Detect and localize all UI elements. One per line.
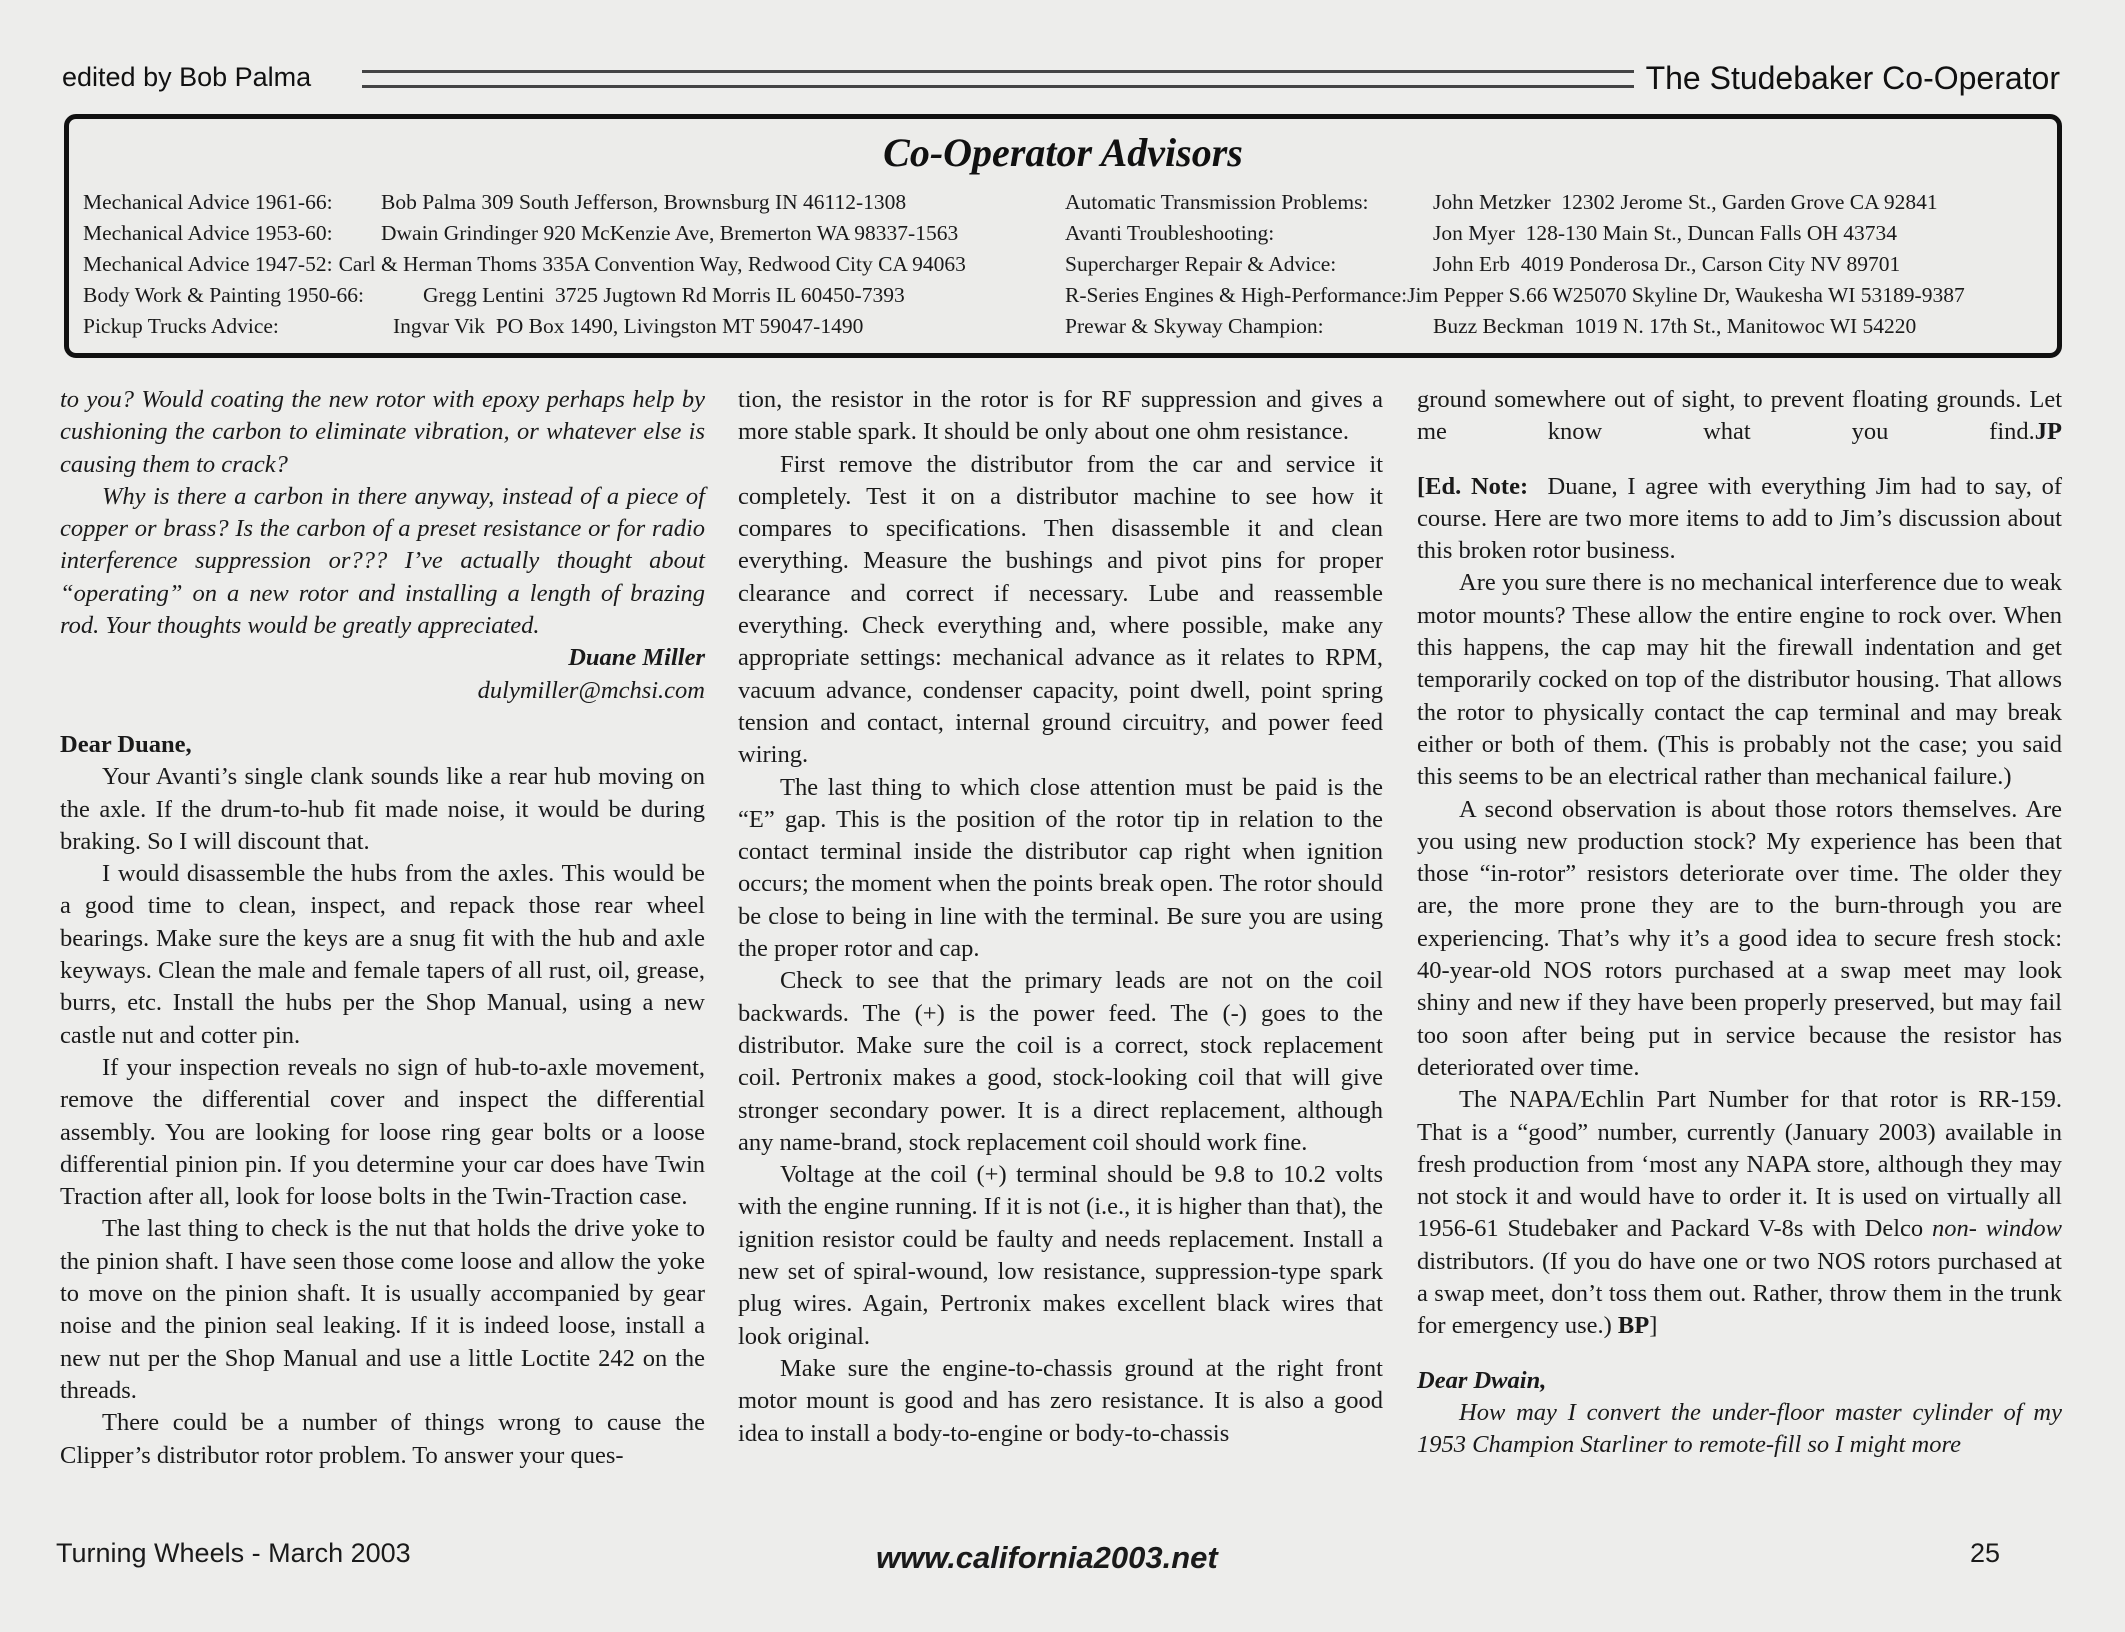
- advisor-row: Body Work & Painting 1950-66: Gregg Lent…: [83, 280, 1073, 311]
- advisor-row: Mechanical Advice 1961-66: Bob Palma 309…: [83, 187, 1073, 218]
- advisor-category: Pickup Trucks Advice:: [83, 311, 393, 342]
- advisor-name: Ingvar Vik: [393, 314, 485, 338]
- editor-note-paragraph: The NAPA/Echlin Part Number for that rot…: [1417, 1084, 2062, 1342]
- advisor-address: 12302 Jerome St., Garden Grove CA 92841: [1561, 190, 1937, 214]
- advisor-row: Pickup Trucks Advice: Ingvar Vik PO Box …: [83, 311, 1073, 342]
- editor-note-paragraph: Are you sure there is no mechanical inte…: [1417, 567, 2062, 793]
- reply-paragraph: Voltage at the coil (+) terminal should …: [738, 1159, 1383, 1353]
- advisor-row: Supercharger Repair & Advice: John Erb 4…: [1065, 249, 2045, 280]
- footer-website-link[interactable]: www.california2003.net: [876, 1540, 1218, 1576]
- advisor-address: S.66 W25070 Skyline Dr, Waukesha WI 5318…: [1509, 283, 1965, 307]
- page-header: edited by Bob Palma The Studebaker Co-Op…: [62, 56, 2060, 106]
- advisor-category: R-Series Engines & High-Performance:: [1065, 280, 1407, 311]
- letter-signature-name: Duane Miller: [60, 642, 705, 674]
- advisor-category: Body Work & Painting 1950-66:: [83, 280, 423, 311]
- advisor-category: Supercharger Repair & Advice:: [1065, 249, 1433, 280]
- advisor-row: Avanti Troubleshooting: Jon Myer 128-130…: [1065, 218, 2045, 249]
- editor-note-paragraph: [Ed. Note: Duane, I agree with everythin…: [1417, 471, 2062, 568]
- letter-signature-email: dulymiller@mchsi.com: [60, 675, 705, 707]
- advisor-name: Jim Pepper: [1407, 283, 1503, 307]
- reply-paragraph: The last thing to check is the nut that …: [60, 1213, 705, 1407]
- advisor-name: Carl & Herman Thoms: [339, 252, 537, 276]
- advisor-name: Bob Palma: [381, 190, 476, 214]
- advisor-name: John Metzker: [1433, 190, 1551, 214]
- editor-note-paragraph: A second observation is about those roto…: [1417, 794, 2062, 1085]
- advisor-category: Avanti Troubleshooting:: [1065, 218, 1433, 249]
- advisor-address: 920 McKenzie Ave, Bremerton WA 98337-156…: [543, 221, 958, 245]
- advisor-address: 1019 N. 17th St., Manitowoc WI 54220: [1575, 314, 1917, 338]
- advisor-address: 4019 Ponderosa Dr., Carson City NV 89701: [1521, 252, 1900, 276]
- reply-salutation: Dear Duane,: [60, 729, 705, 761]
- advisor-row: Mechanical Advice 1953-60: Dwain Grindin…: [83, 218, 1073, 249]
- editor-note-label: [Ed. Note:: [1417, 473, 1528, 500]
- reply-paragraph: Check to see that the primary leads are …: [738, 965, 1383, 1159]
- reply-paragraph: First remove the distributor from the ca…: [738, 449, 1383, 772]
- footer-publication: Turning Wheels - March 2003: [56, 1538, 411, 1569]
- reply-paragraph: There could be a number of things wrong …: [60, 1407, 705, 1472]
- reply-paragraph: If your inspection reveals no sign of hu…: [60, 1052, 705, 1213]
- reply-paragraph: The last thing to which close attention …: [738, 772, 1383, 966]
- advisor-address: 335A Convention Way, Redwood City CA 940…: [542, 252, 966, 276]
- advisor-row: Automatic Transmission Problems: John Me…: [1065, 187, 2045, 218]
- advisor-row: Prewar & Skyway Champion: Buzz Beckman 1…: [1065, 311, 2045, 342]
- reader-letter-paragraph: to you? Would coating the new rotor with…: [60, 384, 705, 481]
- reply-text: ground somewhere out of sight, to preven…: [1417, 386, 2062, 445]
- page-number: 25: [1970, 1538, 2000, 1569]
- reply-signature: JP: [2035, 416, 2062, 448]
- reply-paragraph: Make sure the engine-to-chassis ground a…: [738, 1353, 1383, 1450]
- article-column-3: ground somewhere out of sight, to preven…: [1417, 384, 2062, 1462]
- reply-paragraph: tion, the resistor in the rotor is for R…: [738, 384, 1383, 449]
- editor-credit: edited by Bob Palma: [62, 62, 311, 93]
- advisor-address: PO Box 1490, Livingston MT 59047-1490: [496, 314, 864, 338]
- advisor-name: Gregg Lentini: [423, 283, 544, 307]
- reply-paragraph: ground somewhere out of sight, to preven…: [1417, 384, 2062, 449]
- article-column-1: to you? Would coating the new rotor with…: [60, 384, 705, 1472]
- editor-note-emphasis: non- window: [1932, 1215, 2062, 1242]
- advisor-name: Buzz Beckman: [1433, 314, 1564, 338]
- editor-note-close: ]: [1649, 1312, 1657, 1339]
- reader-letter-paragraph: Why is there a carbon in there anyway, i…: [60, 481, 705, 642]
- advisor-name: John Erb: [1433, 252, 1510, 276]
- reader-letter-paragraph: How may I convert the under-floor master…: [1417, 1397, 2062, 1462]
- reply-paragraph: Your Avanti’s single clank sounds like a…: [60, 761, 705, 858]
- advisors-left-column: Mechanical Advice 1961-66: Bob Palma 309…: [83, 187, 1073, 342]
- article-column-2: tion, the resistor in the rotor is for R…: [738, 384, 1383, 1450]
- advisor-name: Dwain Grindinger: [381, 221, 538, 245]
- advisors-box: Co-Operator Advisors Mechanical Advice 1…: [64, 114, 2062, 358]
- advisor-category: Mechanical Advice 1947-52:: [83, 249, 333, 280]
- section-title: The Studebaker Co-Operator: [1646, 60, 2060, 97]
- advisor-category: Prewar & Skyway Champion:: [1065, 311, 1433, 342]
- advisor-address: 128-130 Main St., Duncan Falls OH 43734: [1526, 221, 1897, 245]
- advisor-category: Automatic Transmission Problems:: [1065, 187, 1433, 218]
- advisor-address: 309 South Jefferson, Brownsburg IN 46112…: [481, 190, 906, 214]
- editor-signature: BP: [1618, 1312, 1649, 1339]
- advisors-right-column: Automatic Transmission Problems: John Me…: [1065, 187, 2045, 342]
- advisors-title: Co-Operator Advisors: [69, 129, 2057, 176]
- advisor-name: Jon Myer: [1433, 221, 1515, 245]
- advisor-address: 3725 Jugtown Rd Morris IL 60450-7393: [555, 283, 905, 307]
- advisor-category: Mechanical Advice 1953-60:: [83, 218, 381, 249]
- editor-note-text: distributors. (If you do have one or two…: [1417, 1248, 2062, 1340]
- letter-salutation: Dear Dwain,: [1417, 1365, 2062, 1397]
- reply-paragraph: I would disassemble the hubs from the ax…: [60, 858, 705, 1052]
- header-double-rule: [362, 70, 1634, 88]
- advisor-category: Mechanical Advice 1961-66:: [83, 187, 381, 218]
- advisor-row: R-Series Engines & High-Performance: Jim…: [1065, 280, 2045, 311]
- advisor-row: Mechanical Advice 1947-52: Carl & Herman…: [83, 249, 1073, 280]
